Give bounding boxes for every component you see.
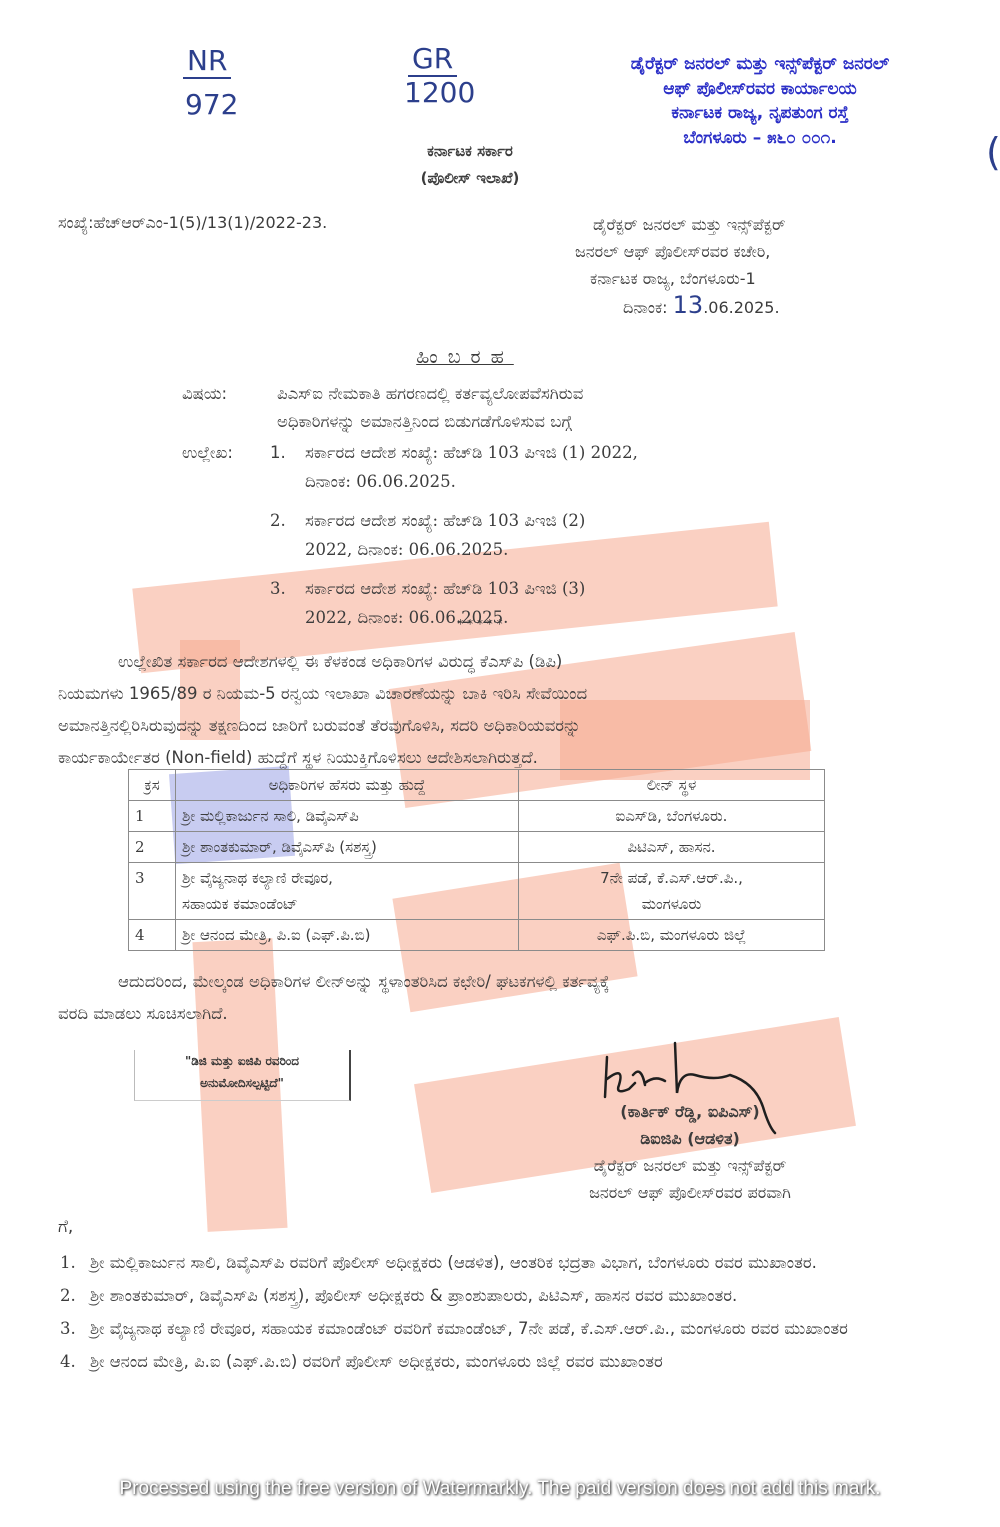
handwritten-date-day: 13 xyxy=(673,291,704,319)
reference-item: ದಿನಾಂಕ: 06.06.2025. xyxy=(182,467,638,496)
body-line: ಉಲ್ಲೇಖಿತ ಸರ್ಕಾರದ ಆದೇಶಗಳಲ್ಲಿ ಈ ಕೆಳಕಂಡ ಅಧಿ… xyxy=(58,646,898,678)
references: ಉಲ್ಲೇಖ:1.ಸರ್ಕಾರದ ಆದೇಶ ಸಂಖ್ಯೆ: ಹೆಚ್‌ಡಿ 10… xyxy=(182,438,638,632)
closing-line: ವರದಿ ಮಾಡಲು ಸೂಚಿಸಲಾಗಿದೆ. xyxy=(58,998,898,1030)
reference-item: 2022, ದಿನಾಂಕ: 06.06.2025. xyxy=(182,535,638,564)
reference-number: ಸಂಖ್ಯೆ:ಹೆಚ್‌ಆರ್‌ಎಂ-1(5)/13(1)/2022-23. xyxy=(58,213,327,232)
handwritten-gr-number: 1200 xyxy=(404,76,475,110)
watermark-text: Processed using the free version of Wate… xyxy=(0,1478,1000,1500)
column-header-serial: ಕ್ರಸ xyxy=(129,770,176,801)
row-serial: 1 xyxy=(129,801,176,832)
issue-date: ದಿನಾಂಕ: 13.06.2025. xyxy=(575,292,786,321)
subject-label: ವಿಷಯ: xyxy=(182,380,277,408)
handwritten-nr-label: NR xyxy=(183,44,231,78)
signatory-office-line: ಡೈರೆಕ್ಟರ್ ಜನರಲ್ ಮತ್ತು ಇನ್ಸ್‌ಪೆಕ್ಟರ್ xyxy=(520,1152,860,1179)
separator-stars: * * * * * xyxy=(400,617,560,631)
row-officer: ಶ್ರೀ ಮಲ್ಲಿಕಾರ್ಜುನ ಸಾಲಿ, ಡಿವೈಎಸ್‌ಪಿ xyxy=(176,801,519,832)
closing-line: ಆದುದರಿಂದ, ಮೇಲ್ಕಂಡ ಅಧಿಕಾರಿಗಳ ಲೀನ್‌ಅನ್ನು ಸ… xyxy=(58,966,898,998)
officer-name: ಶ್ರೀ ವೈಜ್ಯನಾಥ ಕಲ್ಯಾಣಿ ರೇವೂರ, xyxy=(182,865,512,891)
recipient-text: ಶ್ರೀ ಮಲ್ಲಿಕಾರ್ಜುನ ಸಾಲಿ, ಡಿವೈಎಸ್‌ಪಿ ರವರಿಗ… xyxy=(90,1247,900,1278)
signatory-office-line: ಜನರಲ್ ಆಫ್ ಪೊಲೀಸ್‌ರವರ ಪರವಾಗಿ xyxy=(520,1179,860,1206)
list-item: 1.ಶ್ರೀ ಮಲ್ಲಿಕಾರ್ಜುನ ಸಾಲಿ, ಡಿವೈಎಸ್‌ಪಿ ರವರ… xyxy=(60,1247,900,1278)
recipient-number: 1. xyxy=(60,1247,90,1278)
stamp-line: ಅನುಮೋದಿಸಲ್ಪಟ್ಟಿದೆ" xyxy=(135,1072,349,1094)
officer-designation: ಸಹಾಯಕ ಕಮಾಂಡೆಂಟ್ xyxy=(182,891,512,917)
column-header-lien-place: ಲೀನ್ ಸ್ಥಳ xyxy=(519,770,825,801)
recipient-text: ಶ್ರೀ ಆನಂದ ಮೇತ್ರಿ, ಪಿ.ಐ (ಎಫ್.ಪಿ.ಬಿ) ರವರಿಗ… xyxy=(90,1346,900,1377)
row-serial: 3 xyxy=(129,863,176,920)
table-row: 1 ಶ್ರೀ ಮಲ್ಲಿಕಾರ್ಜುನ ಸಾಲಿ, ಡಿವೈಎಸ್‌ಪಿ ಐಎಸ… xyxy=(129,801,825,832)
reference-item: ಸರ್ಕಾರದ ಆದೇಶ ಸಂಖ್ಯೆ: ಹೆಚ್‌ಡಿ 103 ಪಿಇಜಿ (… xyxy=(305,511,585,530)
handwritten-nr-number: 972 xyxy=(185,88,238,122)
handwritten-gr-label: GR xyxy=(408,42,457,76)
list-item: 4.ಶ್ರೀ ಆನಂದ ಮೇತ್ರಿ, ಪಿ.ಐ (ಎಫ್.ಪಿ.ಬಿ) ರವರ… xyxy=(60,1346,900,1377)
subject-text: ಅಧಿಕಾರಿಗಳನ್ನು ಅಮಾನತ್ತಿನಿಂದ ಬಿಡುಗಡೆಗೊಳಿಸು… xyxy=(182,408,583,436)
issuing-office-line: ಡೈರೆಕ್ಟರ್ ಜನರಲ್ ಮತ್ತು ಇನ್ಸ್‌ಪೆಕ್ಟರ್ xyxy=(575,211,786,238)
row-officer: ಶ್ರೀ ಆನಂದ ಮೇತ್ರಿ, ಪಿ.ಐ (ಎಫ್.ಪಿ.ಬಿ) xyxy=(176,920,519,951)
office-header-line: ಆಫ್ ಪೊಲೀಸ್‌ರವರ ಕಾರ್ಯಾಲಯ xyxy=(580,77,940,102)
recipient-text: ಶ್ರೀ ವೈಜ್ಯನಾಥ ಕಲ್ಯಾಣಿ ರೇವೂರ, ಸಹಾಯಕ ಕಮಾಂಡ… xyxy=(90,1313,900,1344)
column-header-officer: ಅಧಿಕಾರಿಗಳ ಹೆಸರು ಮತ್ತು ಹುದ್ದೆ xyxy=(176,770,519,801)
date-label: ದಿನಾಂಕ: xyxy=(623,298,668,317)
closing-paragraph: ಆದುದರಿಂದ, ಮೇಲ್ಕಂಡ ಅಧಿಕಾರಿಗಳ ಲೀನ್‌ಅನ್ನು ಸ… xyxy=(58,966,898,1030)
issuing-office: ಡೈರೆಕ್ಟರ್ ಜನರಲ್ ಮತ್ತು ಇನ್ಸ್‌ಪೆಕ್ಟರ್ ಜನರಲ… xyxy=(575,211,786,321)
row-place: ಐಎಸ್‌ಡಿ, ಬೆಂಗಳೂರು. xyxy=(519,801,825,832)
office-header-line: ಬೆಂಗಳೂರು – ೫೬೦ ೦೦೧. xyxy=(580,126,940,151)
table-header-row: ಕ್ರಸ ಅಧಿಕಾರಿಗಳ ಹೆಸರು ಮತ್ತು ಹುದ್ದೆ ಲೀನ್ ಸ… xyxy=(129,770,825,801)
date-month-year: .06.2025. xyxy=(703,298,779,317)
place-line: ಮಂಗಳೂರು xyxy=(525,891,818,917)
subject-text: ಪಿಎಸ್‌ಐ ನೇಮಕಾತಿ ಹಗರಣದಲ್ಲಿ ಕರ್ತವ್ಯಲೋಪವೆಸಗ… xyxy=(277,384,583,403)
signature-icon xyxy=(595,1035,795,1135)
list-item: 3.ಶ್ರೀ ವೈಜ್ಯನಾಥ ಕಲ್ಯಾಣಿ ರೇವೂರ, ಸಹಾಯಕ ಕಮಾ… xyxy=(60,1313,900,1344)
reference-number-2: 2. xyxy=(270,506,305,535)
row-place: ಪಿಟಿಎಸ್, ಹಾಸನ. xyxy=(519,832,825,863)
reference-number-3: 3. xyxy=(270,574,305,603)
row-serial: 4 xyxy=(129,920,176,951)
handwritten-bracket-mark: ( xyxy=(986,130,1000,176)
stamp-line: "ಡಿಜಿ ಮತ್ತು ಐಜಿಪಿ ರವರಿಂದ xyxy=(135,1050,349,1072)
row-officer: ಶ್ರೀ ವೈಜ್ಯನಾಥ ಕಲ್ಯಾಣಿ ರೇವೂರ, ಸಹಾಯಕ ಕಮಾಂಡ… xyxy=(176,863,519,920)
place-line: 7ನೇ ಪಡೆ, ಕೆ.ಎಸ್.ಆರ್.ಪಿ., xyxy=(525,865,818,891)
table-row: 2 ಶ್ರೀ ಶಾಂತಕುಮಾರ್, ಡಿವೈಎಸ್‌ಪಿ (ಸಶಸ್ತ್ರ) … xyxy=(129,832,825,863)
government-name: ಕರ್ನಾಟಕ ಸರ್ಕಾರ xyxy=(375,138,565,165)
body-line: ನಿಯಮಗಳು 1965/89 ರ ನಿಯಮ-5 ರನ್ವಯ ಇಲಾಖಾ ವಿಚ… xyxy=(58,678,898,710)
document-title: ಹಿಂಬರಹ xyxy=(350,346,580,369)
lien-transfer-table: ಕ್ರಸ ಅಧಿಕಾರಿಗಳ ಹೆಸರು ಮತ್ತು ಹುದ್ದೆ ಲೀನ್ ಸ… xyxy=(128,769,825,951)
recipient-text: ಶ್ರೀ ಶಾಂತಕುಮಾರ್, ಡಿವೈಎಸ್‌ಪಿ (ಸಶಸ್ತ್ರ), ಪ… xyxy=(90,1280,900,1311)
department-name: (ಪೊಲೀಸ್ ಇಲಾಖೆ) xyxy=(375,165,565,192)
government-label: ಕರ್ನಾಟಕ ಸರ್ಕಾರ (ಪೊಲೀಸ್ ಇಲಾಖೆ) xyxy=(375,138,565,192)
row-place: 7ನೇ ಪಡೆ, ಕೆ.ಎಸ್.ಆರ್.ಪಿ., ಮಂಗಳೂರು xyxy=(519,863,825,920)
table-row: 4 ಶ್ರೀ ಆನಂದ ಮೇತ್ರಿ, ಪಿ.ಐ (ಎಫ್.ಪಿ.ಬಿ) ಎಫ್… xyxy=(129,920,825,951)
row-officer: ಶ್ರೀ ಶಾಂತಕುಮಾರ್, ಡಿವೈಎಸ್‌ಪಿ (ಸಶಸ್ತ್ರ) xyxy=(176,832,519,863)
recipients-list: 1.ಶ್ರೀ ಮಲ್ಲಿಕಾರ್ಜುನ ಸಾಲಿ, ಡಿವೈಎಸ್‌ಪಿ ರವರ… xyxy=(60,1247,900,1379)
issuing-office-line: ಕರ್ನಾಟಕ ರಾಜ್ಯ, ಬೆಂಗಳೂರು-1 xyxy=(575,265,786,292)
reference-item: ಸರ್ಕಾರದ ಆದೇಶ ಸಂಖ್ಯೆ: ಹೆಚ್‌ಡಿ 103 ಪಿಇಜಿ (… xyxy=(305,443,638,462)
subject: ವಿಷಯ:ಪಿಎಸ್‌ಐ ನೇಮಕಾತಿ ಹಗರಣದಲ್ಲಿ ಕರ್ತವ್ಯಲೋ… xyxy=(182,380,583,436)
recipient-number: 2. xyxy=(60,1280,90,1311)
row-place: ಎಫ್.ಪಿ.ಬಿ, ಮಂಗಳೂರು ಜಿಲ್ಲೆ xyxy=(519,920,825,951)
recipients-label: ಗೆ, xyxy=(58,1217,73,1237)
issuing-office-line: ಜನರಲ್ ಆಫ್ ಪೊಲೀಸ್‌ರವರ ಕಚೇರಿ, xyxy=(575,238,786,265)
reference-item: ಸರ್ಕಾರದ ಆದೇಶ ಸಂಖ್ಯೆ: ಹೆಚ್‌ಡಿ 103 ಪಿಇಜಿ (… xyxy=(305,579,585,598)
recipient-number: 3. xyxy=(60,1313,90,1344)
office-header: ಡೈರೆಕ್ಟರ್ ಜನರಲ್ ಮತ್ತು ಇನ್ಸ್‌ಪೆಕ್ಟರ್ ಜನರಲ… xyxy=(580,52,940,151)
recipient-number: 4. xyxy=(60,1346,90,1377)
office-header-line: ಕರ್ನಾಟಕ ರಾಜ್ಯ, ನೃಪತುಂಗ ರಸ್ತೆ xyxy=(580,101,940,126)
body-line: ಅಮಾನತ್ತಿನಲ್ಲಿರಿಸಿರುವುದನ್ನು ತಕ್ಷಣದಿಂದ ಜಾರ… xyxy=(58,710,898,742)
references-label: ಉಲ್ಲೇಖ: xyxy=(182,438,270,467)
list-item: 2.ಶ್ರೀ ಶಾಂತಕುಮಾರ್, ಡಿವೈಎಸ್‌ಪಿ (ಸಶಸ್ತ್ರ),… xyxy=(60,1280,900,1311)
office-header-line: ಡೈರೆಕ್ಟರ್ ಜನರಲ್ ಮತ್ತು ಇನ್ಸ್‌ಪೆಕ್ಟರ್ ಜನರಲ… xyxy=(580,52,940,77)
approval-stamp: "ಡಿಜಿ ಮತ್ತು ಐಜಿಪಿ ರವರಿಂದ ಅನುಮೋದಿಸಲ್ಪಟ್ಟಿ… xyxy=(134,1050,351,1101)
table-row: 3 ಶ್ರೀ ವೈಜ್ಯನಾಥ ಕಲ್ಯಾಣಿ ರೇವೂರ, ಸಹಾಯಕ ಕಮಾ… xyxy=(129,863,825,920)
document-page: NR 972 GR 1200 ( ಡೈರೆಕ್ಟರ್ ಜನರಲ್ ಮತ್ತು ಇ… xyxy=(0,0,1000,1527)
row-serial: 2 xyxy=(129,832,176,863)
reference-number-1: 1. xyxy=(270,438,305,467)
body-paragraph: ಉಲ್ಲೇಖಿತ ಸರ್ಕಾರದ ಆದೇಶಗಳಲ್ಲಿ ಈ ಕೆಳಕಂಡ ಅಧಿ… xyxy=(58,646,898,774)
